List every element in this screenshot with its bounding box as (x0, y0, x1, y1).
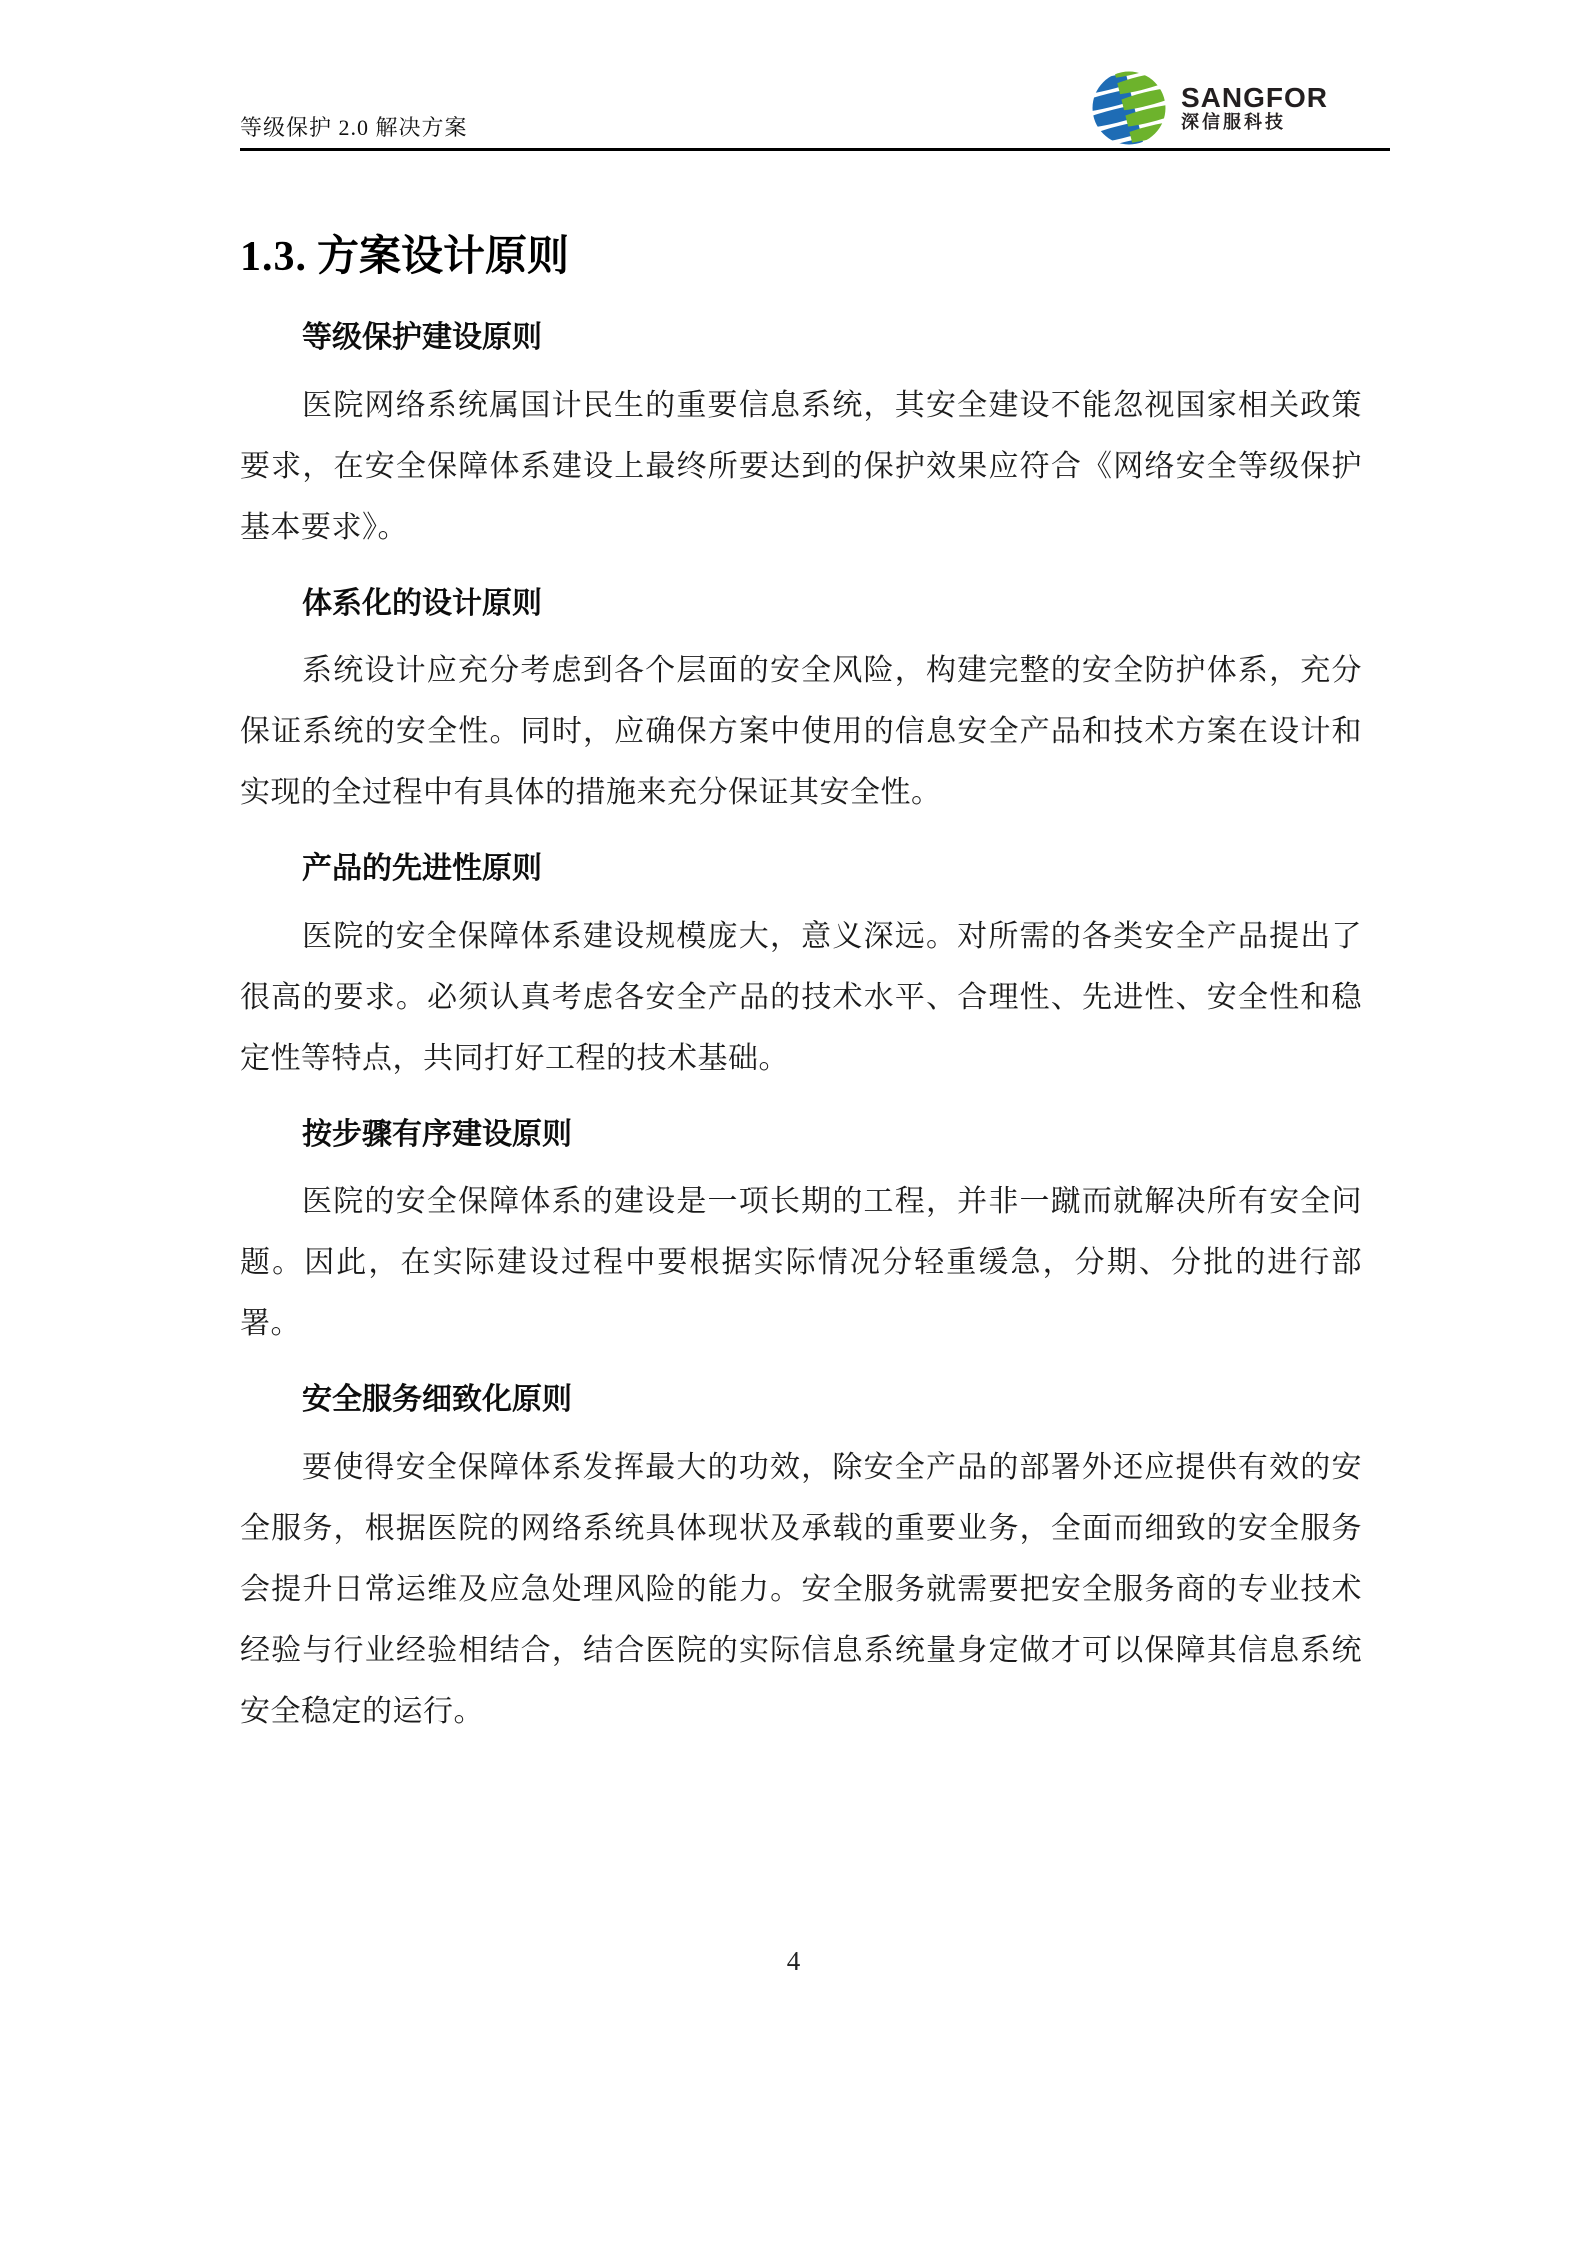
logo-text-block: SANGFOR 深信服科技 (1181, 83, 1328, 134)
logo-brand-name-cn: 深信服科技 (1181, 112, 1328, 134)
section-heading: 按步骤有序建设原则 (240, 1115, 1362, 1156)
section-stepwise-construction: 按步骤有序建设原则 医院的安全保障体系的建设是一项长期的工程，并非一蹴而就解决所… (240, 1115, 1362, 1355)
page-title-text: 方案设计原则 (317, 234, 569, 280)
document-page: 等级保护 2.0 解决方案 (0, 0, 1587, 2245)
section-paragraph: 医院的安全保障体系的建设是一项长期的工程，并非一蹴而就解决所有安全问题。因此，在… (240, 1171, 1362, 1354)
section-paragraph: 医院网络系统属国计民生的重要信息系统，其安全建设不能忽视国家相关政策要求，在安全… (240, 375, 1362, 558)
page-title: 1.3.方案设计原则 (240, 223, 569, 283)
page-header: 等级保护 2.0 解决方案 (240, 0, 1390, 151)
header-doc-title: 等级保护 2.0 解决方案 (240, 111, 468, 142)
section-detailed-security-service: 安全服务细致化原则 要使得安全保障体系发挥最大的功效，除安全产品的部署外还应提供… (240, 1380, 1362, 1742)
section-heading: 安全服务细致化原则 (240, 1380, 1362, 1421)
section-heading: 等级保护建设原则 (240, 318, 1362, 359)
sangfor-logo: SANGFOR 深信服科技 (1091, 70, 1328, 146)
section-systematic-design: 体系化的设计原则 系统设计应充分考虑到各个层面的安全风险，构建完整的安全防护体系… (240, 584, 1362, 824)
section-product-advancement: 产品的先进性原则 医院的安全保障体系建设规模庞大，意义深远。对所需的各类安全产品… (240, 849, 1362, 1089)
page-number: 4 (0, 1946, 1587, 1977)
section-heading: 体系化的设计原则 (240, 584, 1362, 625)
page-title-number: 1.3. (240, 234, 307, 280)
sangfor-globe-icon (1091, 70, 1167, 146)
section-paragraph: 要使得安全保障体系发挥最大的功效，除安全产品的部署外还应提供有效的安全服务，根据… (240, 1437, 1362, 1742)
section-protection-principle: 等级保护建设原则 医院网络系统属国计民生的重要信息系统，其安全建设不能忽视国家相… (240, 318, 1362, 558)
document-content: 等级保护建设原则 医院网络系统属国计民生的重要信息系统，其安全建设不能忽视国家相… (240, 318, 1362, 1742)
section-paragraph: 医院的安全保障体系建设规模庞大，意义深远。对所需的各类安全产品提出了很高的要求。… (240, 906, 1362, 1089)
section-heading: 产品的先进性原则 (240, 849, 1362, 890)
logo-brand-name: SANGFOR (1181, 83, 1328, 112)
section-paragraph: 系统设计应充分考虑到各个层面的安全风险，构建完整的安全防护体系，充分保证系统的安… (240, 640, 1362, 823)
